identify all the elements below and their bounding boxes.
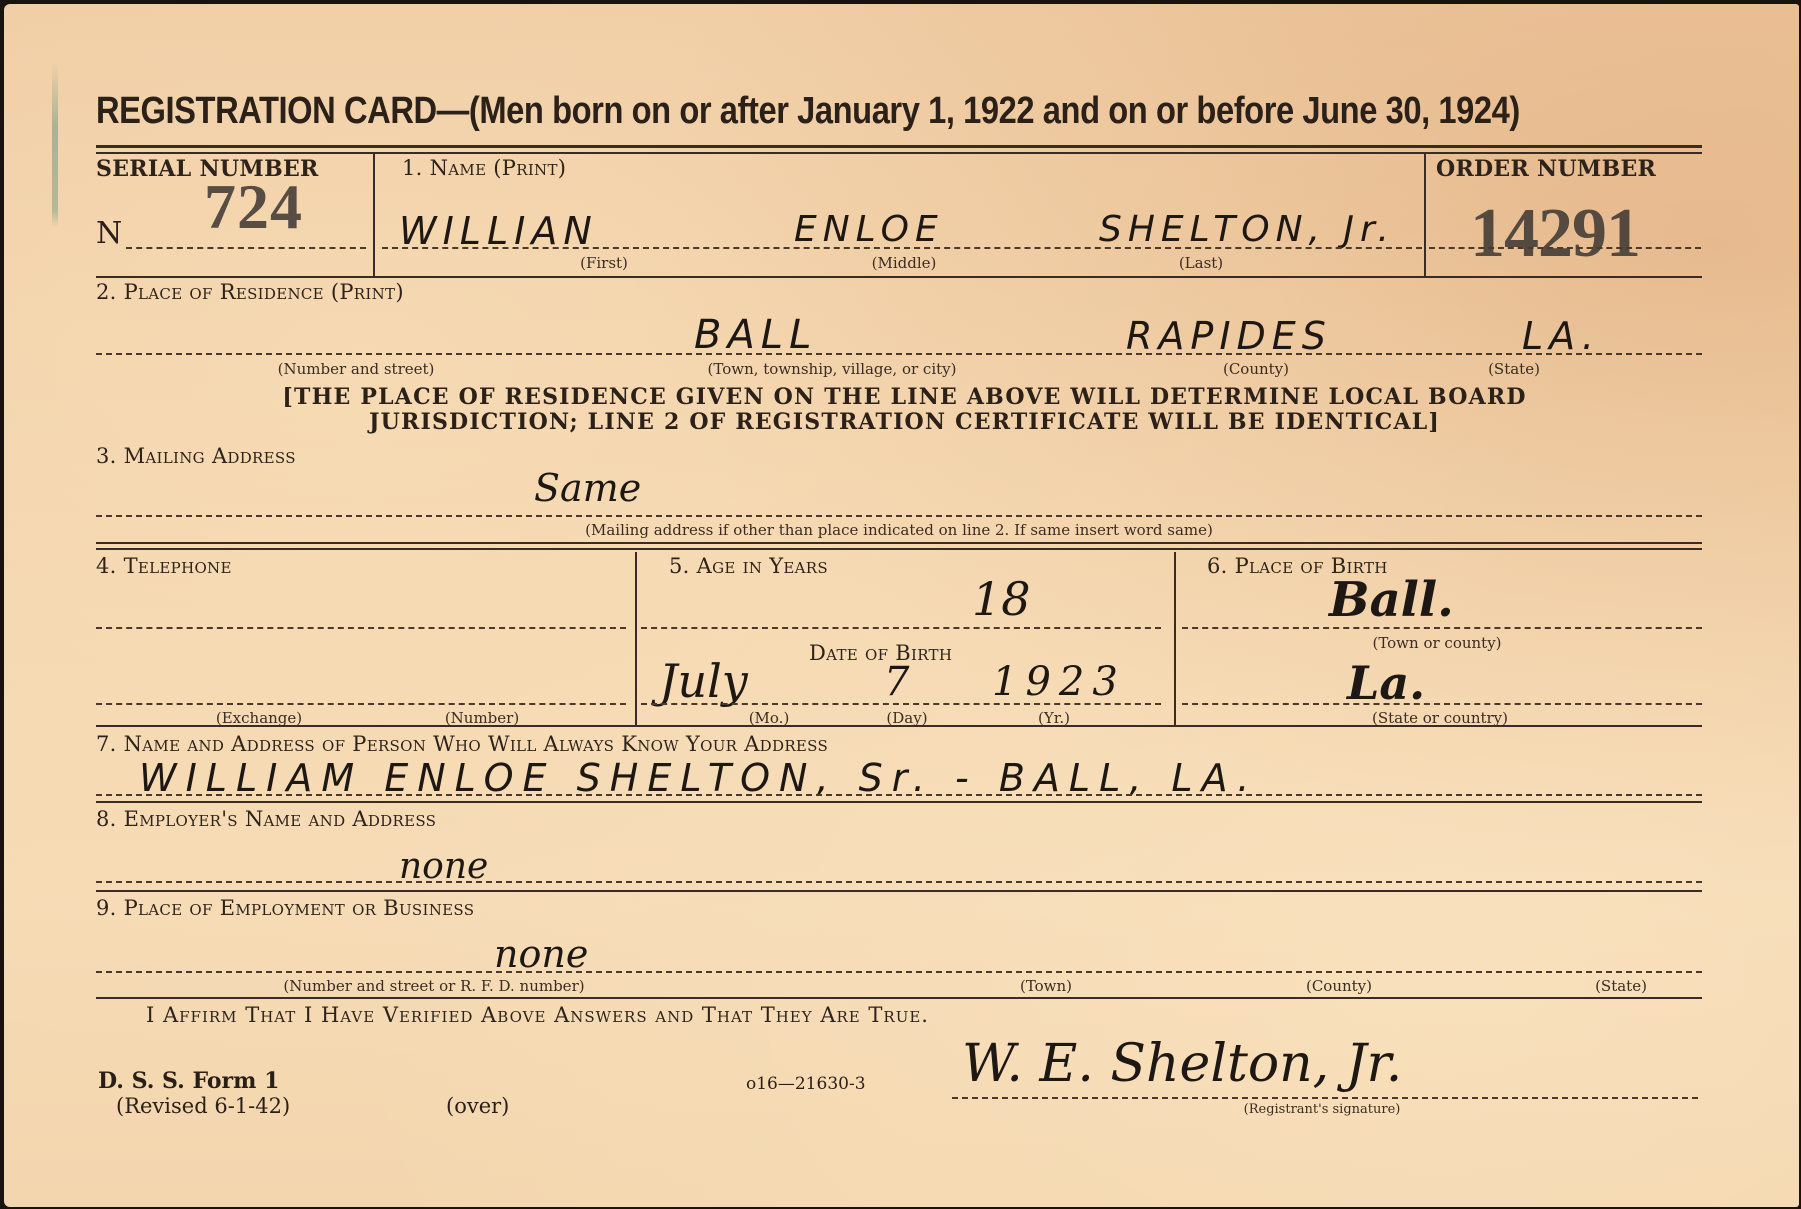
order-number-value: 14291 — [1470, 194, 1640, 274]
birth-town-line — [1182, 627, 1702, 629]
mailing-line — [96, 515, 1702, 517]
residence-line — [96, 353, 1702, 355]
mailing-caption: (Mailing address if other than place ind… — [585, 521, 1213, 539]
print-code: o16—21630-3 — [746, 1074, 866, 1094]
age-value: 18 — [972, 572, 1031, 626]
employment-town-caption: (Town) — [1020, 977, 1072, 995]
jurisdiction-note-line1: [THE PLACE OF RESIDENCE GIVEN ON THE LIN… — [4, 384, 1801, 410]
ink-stain-mark — [52, 62, 58, 227]
name-first-caption: (First) — [580, 254, 628, 272]
jurisdiction-note-line2: JURISDICTION; LINE 2 OF REGISTRATION CER… — [4, 409, 1801, 435]
residence-town-value: BALL — [694, 312, 817, 358]
birth-state-value: La. — [1347, 656, 1425, 710]
serial-prefix: N — [96, 216, 122, 251]
residence-county-value: RAPIDES — [1126, 314, 1332, 358]
residence-label: 2. Place of Residence (Print) — [96, 280, 404, 304]
employment-street-caption: (Number and street or R. F. D. number) — [283, 977, 584, 995]
order-number-label: ORDER NUMBER — [1436, 156, 1656, 182]
mailing-address-value: Same — [534, 466, 641, 510]
form-name: D. S. S. Form 1 — [98, 1068, 279, 1094]
serial-number-value: 724 — [204, 170, 303, 244]
affirmation-text: I Affirm That I Have Verified Above Answ… — [146, 1003, 929, 1027]
contact-person-label: 7. Name and Address of Person Who Will A… — [96, 732, 828, 756]
age-label: 5. Age in Years — [669, 554, 828, 578]
section-rule-6 — [96, 997, 1702, 999]
title-rule-top — [96, 145, 1702, 148]
name-middle-caption: (Middle) — [872, 254, 937, 272]
name-label: 1. Name (Print) — [402, 156, 566, 180]
card-title: REGISTRATION CARD—(Men born on or after … — [96, 90, 1520, 133]
age-divider — [1174, 552, 1176, 725]
title-rule-bottom — [96, 152, 1702, 154]
over-indicator: (over) — [446, 1094, 509, 1118]
birth-town-caption: (Town or county) — [1372, 634, 1501, 652]
birth-state-line — [1182, 703, 1702, 705]
dob-day-value: 7 — [884, 659, 909, 705]
name-last-caption: (Last) — [1179, 254, 1223, 272]
dob-line — [641, 703, 1161, 705]
residence-state-value: LA. — [1522, 314, 1600, 358]
serial-divider — [373, 154, 375, 276]
name-middle-value: ENLOE — [794, 209, 944, 250]
name-last-value: SHELTON, Jr. — [1099, 209, 1395, 250]
signature-caption: (Registrant's signature) — [1244, 1102, 1401, 1117]
birth-town-value: Ball. — [1329, 572, 1454, 628]
age-line — [641, 627, 1161, 629]
employer-label: 8. Employer's Name and Address — [96, 807, 436, 831]
residence-street-caption: (Number and street) — [278, 360, 435, 378]
form-revised: (Revised 6-1-42) — [116, 1094, 290, 1118]
name-line — [382, 247, 1422, 249]
contact-person-line — [96, 794, 1702, 796]
employment-state-caption: (State) — [1595, 977, 1647, 995]
employment-place-value: none — [494, 932, 588, 976]
telephone-line-2 — [96, 703, 626, 705]
order-line — [1429, 247, 1701, 249]
residence-town-caption: (Town, township, village, or city) — [708, 360, 957, 378]
employment-place-label: 9. Place of Employment or Business — [96, 896, 474, 920]
telephone-label: 4. Telephone — [96, 554, 232, 578]
telephone-divider — [635, 552, 637, 725]
section-rule-5 — [96, 890, 1702, 892]
dob-month-value: July — [659, 654, 748, 708]
section-rule-2b — [96, 548, 1702, 550]
dob-year-value: 1923 — [992, 659, 1126, 705]
employer-line — [96, 881, 1702, 883]
residence-county-caption: (County) — [1223, 360, 1289, 378]
mailing-address-label: 3. Mailing Address — [96, 444, 296, 468]
telephone-line-1 — [96, 627, 626, 629]
order-divider — [1424, 154, 1426, 276]
registrant-signature: W. E. Shelton, Jr. — [962, 1034, 1402, 1094]
date-of-birth-label: Date of Birth — [809, 641, 952, 665]
section-rule-4 — [96, 801, 1702, 803]
registration-card: REGISTRATION CARD—(Men born on or after … — [4, 4, 1799, 1207]
serial-line — [126, 247, 366, 249]
residence-state-caption: (State) — [1488, 360, 1540, 378]
section-rule-3 — [96, 725, 1702, 727]
section-rule-2a — [96, 542, 1702, 544]
employment-place-line — [96, 971, 1702, 973]
employment-county-caption: (County) — [1306, 977, 1372, 995]
signature-line — [952, 1097, 1698, 1099]
section-rule-1 — [96, 276, 1702, 278]
